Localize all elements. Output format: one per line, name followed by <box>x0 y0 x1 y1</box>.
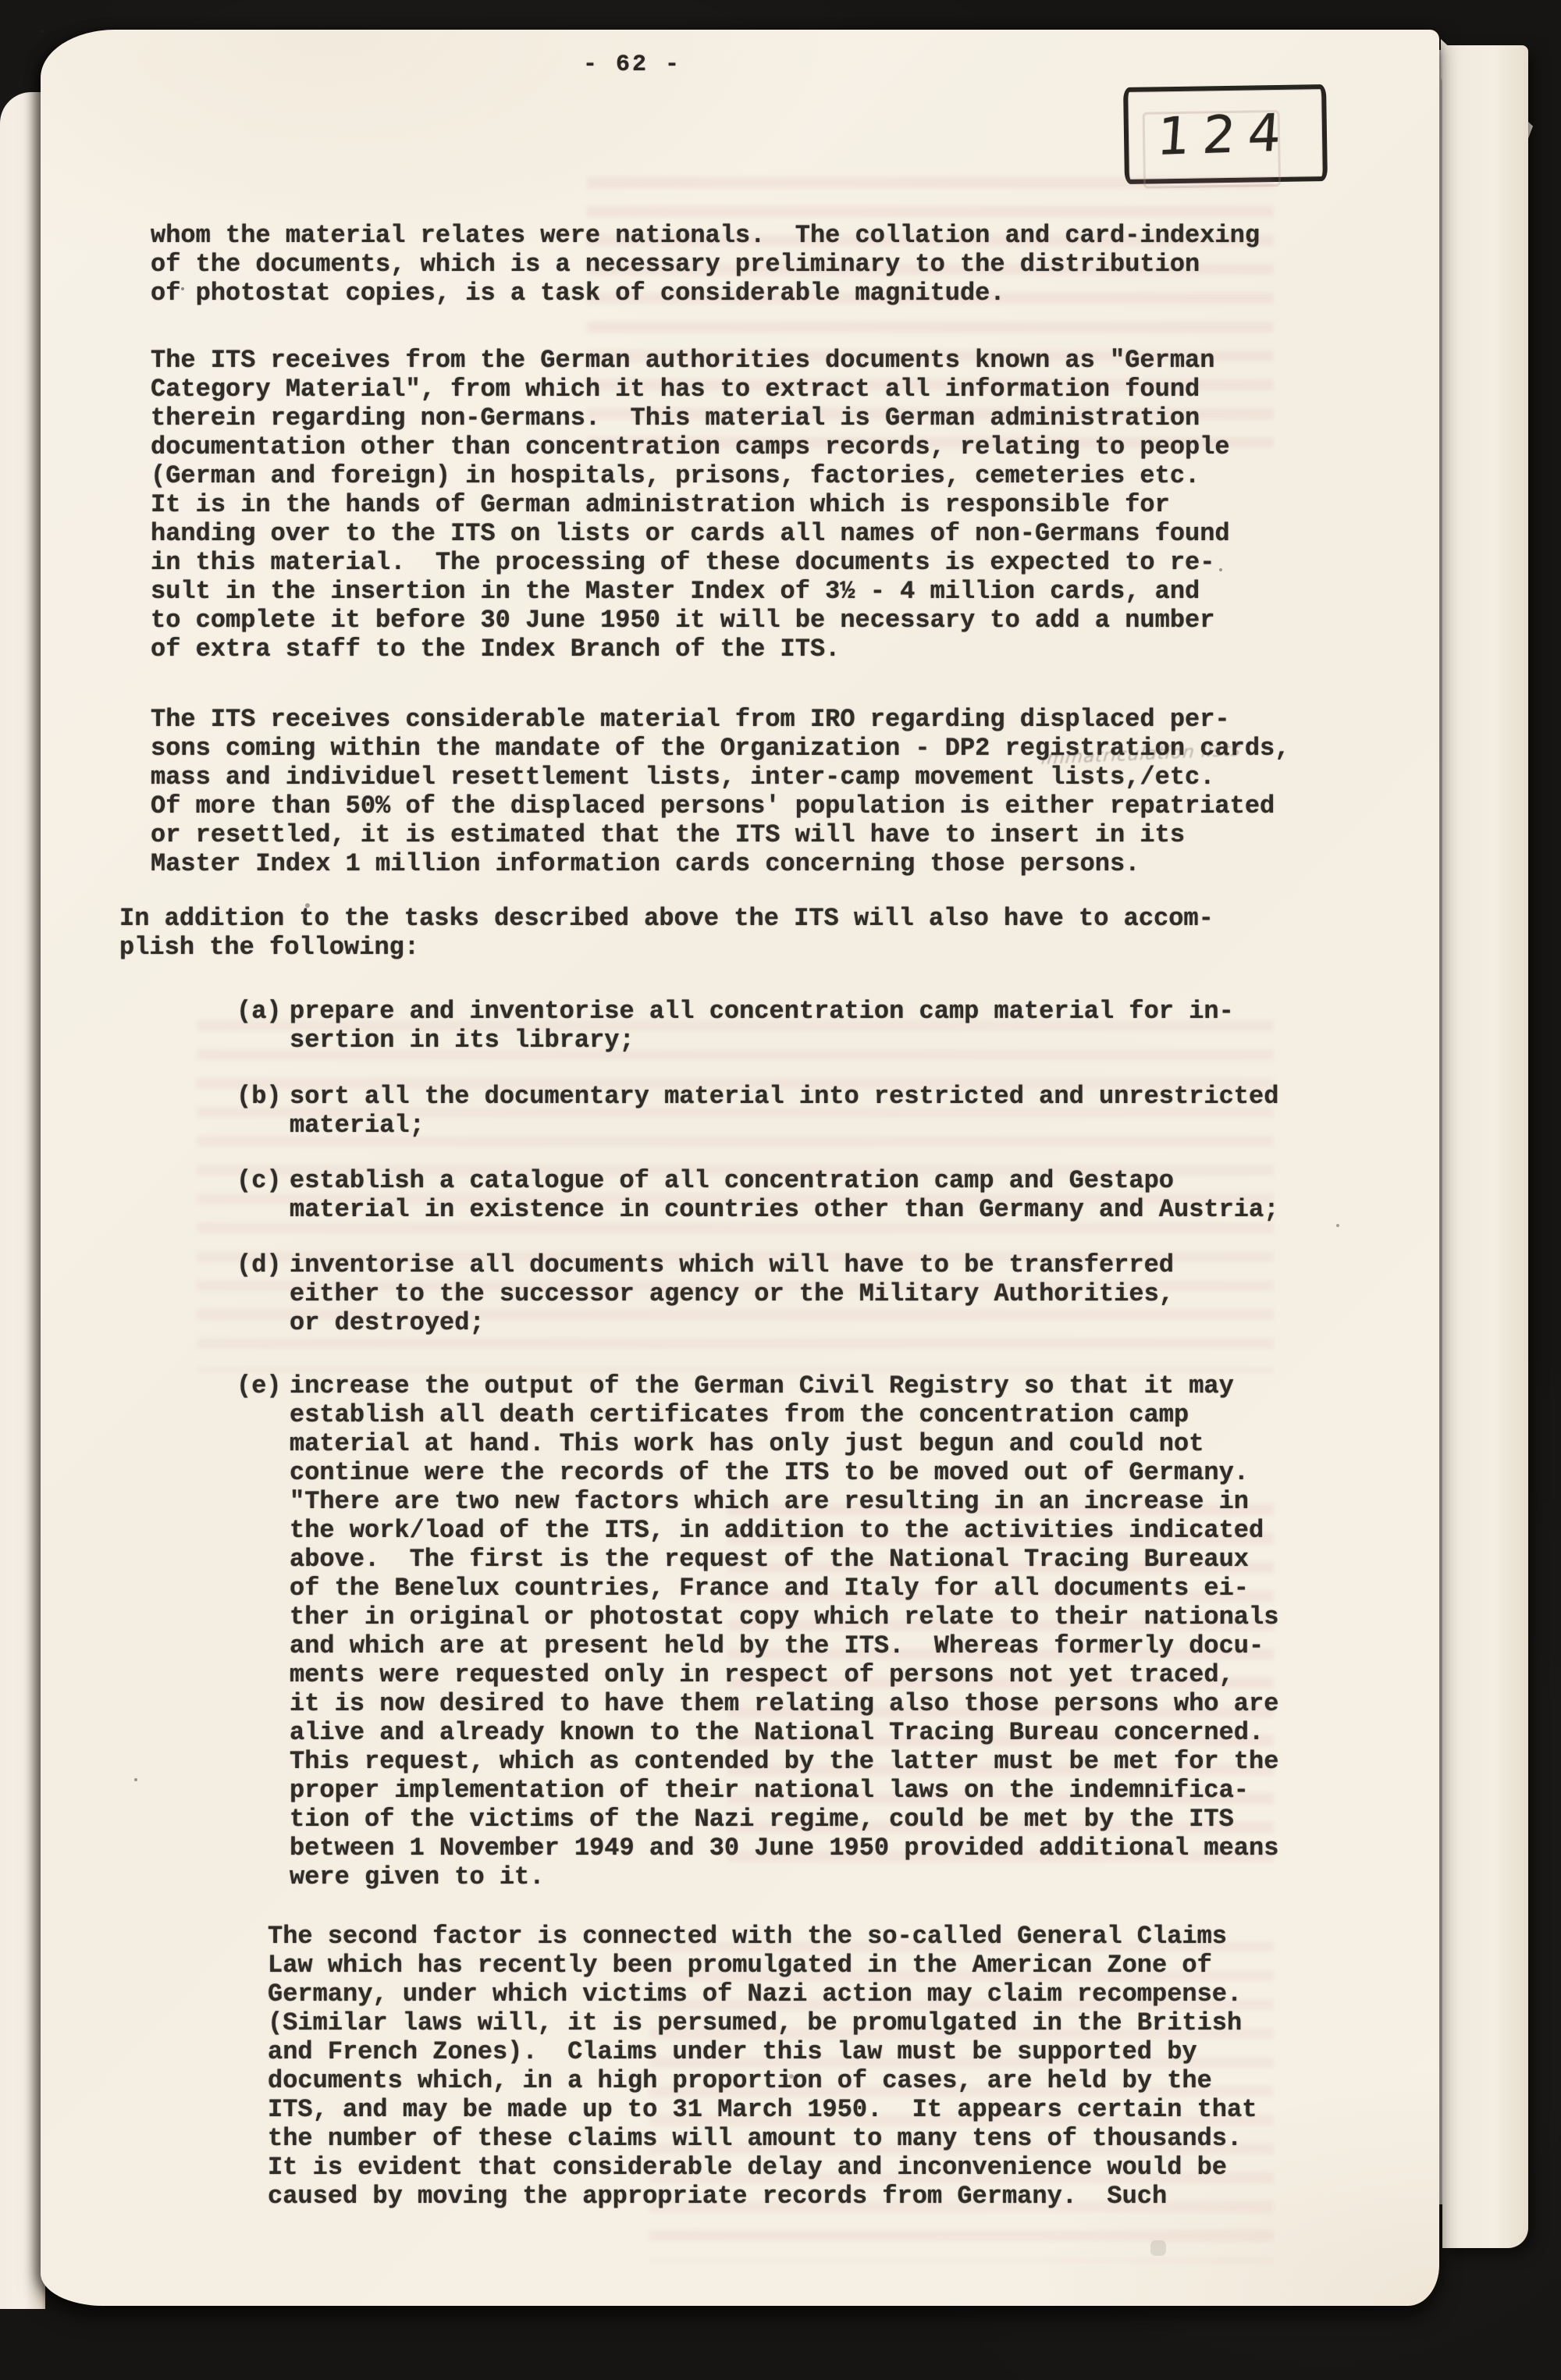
paragraph-collation: whom the material relates were nationals… <box>151 221 1368 308</box>
list-item-text: increase the output of the German Civil … <box>290 1371 1278 1891</box>
stamp-number: 124 <box>1155 102 1296 167</box>
list-item-label: (e) <box>236 1371 282 1891</box>
list-item-label: (d) <box>236 1250 282 1337</box>
document-page: - 62 - 124 immatriculation lists whom th… <box>41 30 1439 2306</box>
paragraph-additional-tasks-intro: In addition to the tasks described above… <box>119 904 1368 962</box>
list-item-label: (c) <box>236 1166 282 1224</box>
list-item-label: (b) <box>236 1082 282 1140</box>
list-item-a: (a) prepare and inventorise all concentr… <box>236 997 1368 1055</box>
list-item-text: establish a catalogue of all concentrati… <box>290 1166 1278 1224</box>
paragraph-german-category-material: The ITS receives from the German authori… <box>151 346 1368 663</box>
underlying-page <box>1442 45 1528 2248</box>
list-item-text: prepare and inventorise all concentratio… <box>290 997 1234 1055</box>
paragraph-iro-material: The ITS receives considerable material f… <box>151 705 1368 878</box>
paragraph-general-claims-law: The second factor is connected with the … <box>268 1922 1368 2211</box>
page-number: - 62 - <box>523 52 741 78</box>
list-item-d: (d) inventorise all documents which will… <box>236 1250 1368 1337</box>
list-item-text: inventorise all documents which will hav… <box>290 1250 1174 1337</box>
list-item-label: (a) <box>236 997 282 1055</box>
book-gutter-page-edge <box>0 92 45 2309</box>
list-item-text: sort all the documentary material into r… <box>290 1082 1278 1140</box>
list-item-b: (b) sort all the documentary material in… <box>236 1082 1368 1140</box>
list-item-e: (e) increase the output of the German Ci… <box>236 1371 1368 1891</box>
list-item-c: (c) establish a catalogue of all concent… <box>236 1166 1368 1224</box>
stamp-box: 124 <box>1123 84 1328 184</box>
paper-dust-specks <box>41 30 44 33</box>
typewritten-content: whom the material relates were nationals… <box>151 221 1368 2211</box>
photo-background: - 62 - 124 immatriculation lists whom th… <box>0 0 1561 2380</box>
